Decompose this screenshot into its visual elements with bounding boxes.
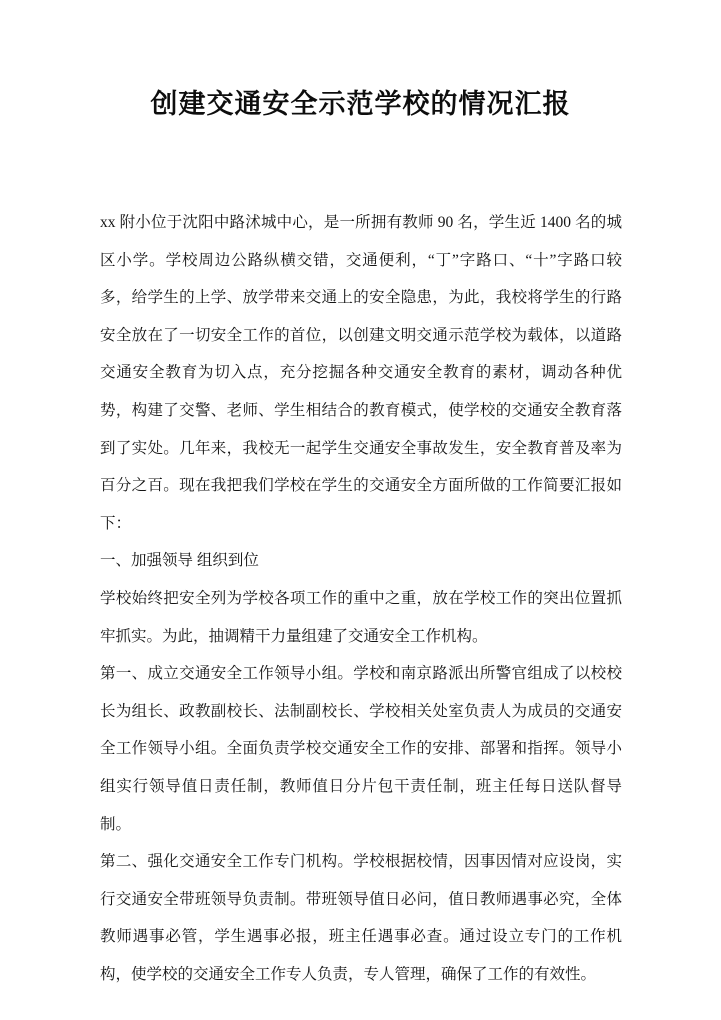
document-page: 创建交通安全示范学校的情况汇报 xx 附小位于沈阳中路沭城中心，是一所拥有教师 … <box>0 0 721 1020</box>
document-body: xx 附小位于沈阳中路沭城中心，是一所拥有教师 90 名，学生近 1400 名的… <box>100 204 622 993</box>
paragraph-section-lead: 学校始终把安全列为学校各项工作的重中之重，放在学校工作的突出位置抓牢抓实。为此，… <box>100 580 622 655</box>
page-title: 创建交通安全示范学校的情况汇报 <box>0 86 721 122</box>
paragraph-section-heading: 一、加强领导 组织到位 <box>100 542 622 580</box>
paragraph-first-point: 第一、成立交通安全工作领导小组。学校和南京路派出所警官组成了以校校长为组长、政教… <box>100 655 622 843</box>
paragraph-intro: xx 附小位于沈阳中路沭城中心，是一所拥有教师 90 名，学生近 1400 名的… <box>100 204 622 542</box>
paragraph-second-point: 第二、强化交通安全工作专门机构。学校根据校情，因事因情对应设岗，实行交通安全带班… <box>100 843 622 993</box>
